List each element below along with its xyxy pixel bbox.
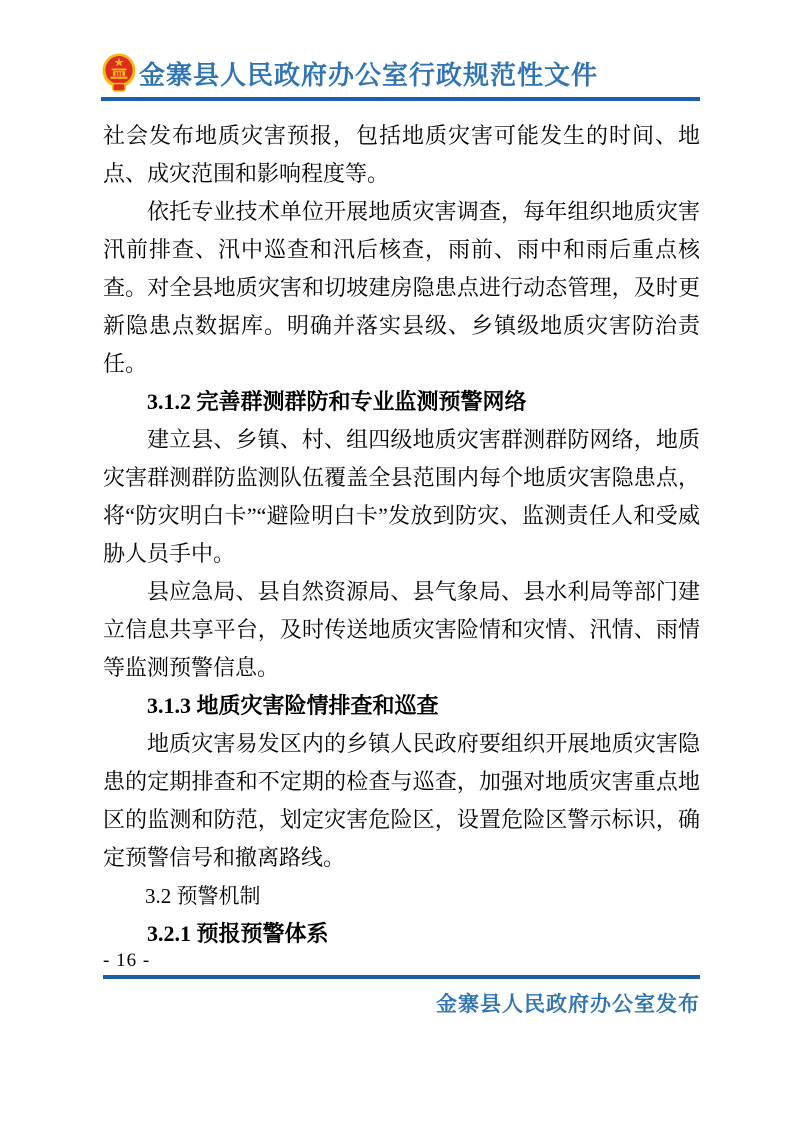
page-number: - 16 -: [103, 950, 700, 972]
publisher-line: 金寨县人民政府办公室发布: [103, 988, 700, 1018]
paragraph: 依托专业技术单位开展地质灾害调查，每年组织地质灾害汛前排查、汛中巡查和汛后核查，…: [103, 193, 700, 383]
section-heading-3-2-1: 3.2.1 预报预警体系: [103, 915, 700, 953]
document-footer: - 16 - 金寨县人民政府办公室发布: [103, 950, 700, 1018]
document-page: 金寨县人民政府办公室行政规范性文件 社会发布地质灾害预报，包括地质灾害可能发生的…: [0, 0, 793, 1122]
header-title: 金寨县人民政府办公室行政规范性文件: [139, 55, 598, 92]
paragraph: 地质灾害易发区内的乡镇人民政府要组织开展地质灾害隐患的定期排查和不定期的检查与巡…: [103, 725, 700, 877]
section-heading-3-2: 3.2 预警机制: [103, 877, 700, 915]
paragraph: 县应急局、县自然资源局、县气象局、县水利局等部门建立信息共享平台，及时传送地质灾…: [103, 573, 700, 687]
document-body: 社会发布地质灾害预报，包括地质灾害可能发生的时间、地点、成灾范围和影响程度等。 …: [103, 117, 700, 953]
section-heading-3-1-2: 3.1.2 完善群测群防和专业监测预警网络: [103, 383, 700, 421]
paragraph: 社会发布地质灾害预报，包括地质灾害可能发生的时间、地点、成灾范围和影响程度等。: [103, 117, 700, 193]
document-header: 金寨县人民政府办公室行政规范性文件: [101, 52, 700, 101]
china-national-emblem-icon: [101, 52, 137, 94]
footer-rule: [103, 975, 700, 979]
section-heading-3-1-3: 3.1.3 地质灾害险情排查和巡查: [103, 687, 700, 725]
paragraph: 建立县、乡镇、村、组四级地质灾害群测群防网络，地质灾害群测群防监测队伍覆盖全县范…: [103, 421, 700, 573]
